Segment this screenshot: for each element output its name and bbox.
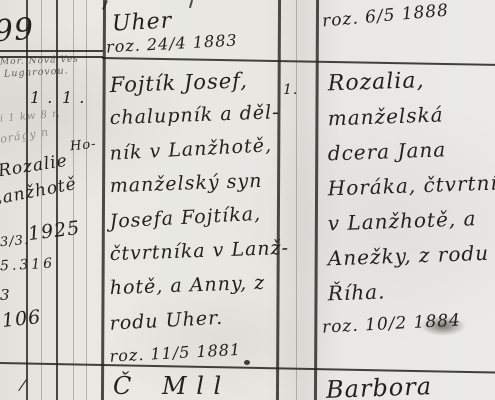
groom-column-tally: 1. [283,83,298,97]
tally-mark: 1 . [62,90,85,106]
ink-fragment: Ho- [69,138,97,154]
bride-entry-line: Rozalia, [327,67,495,109]
margin-small-number: 3 [0,288,11,303]
margin-ref-number: 5.316 [0,257,55,274]
next-groom-fragment: M l l [162,374,222,398]
tally-mark: 1 . [30,90,53,106]
ink-dot [244,360,250,365]
next-groom-initial: Č [113,374,132,398]
margin-date-number: 3/3. [0,234,30,249]
groom-entry: Fojtík Josef, chalupník a děl- ník v Lan… [110,72,289,378]
bride-entry-line: Anežky, z rodu [327,242,495,284]
serial-number: 99 [0,15,35,48]
register-page-scan: 99 Uher roz. 24/4 1883 roz. 6/5 1888 Mor… [0,0,495,400]
next-bride-name: Barbora [326,374,433,400]
prev-groom-surname: Uher [111,10,172,35]
bride-entry-line: manželská [327,102,495,144]
column-rule [86,0,87,400]
row-rule [0,50,103,52]
house-number: 106 [1,308,42,331]
bride-entry: Rozalia, manželská dcera Jana Horáka, čt… [328,70,495,315]
